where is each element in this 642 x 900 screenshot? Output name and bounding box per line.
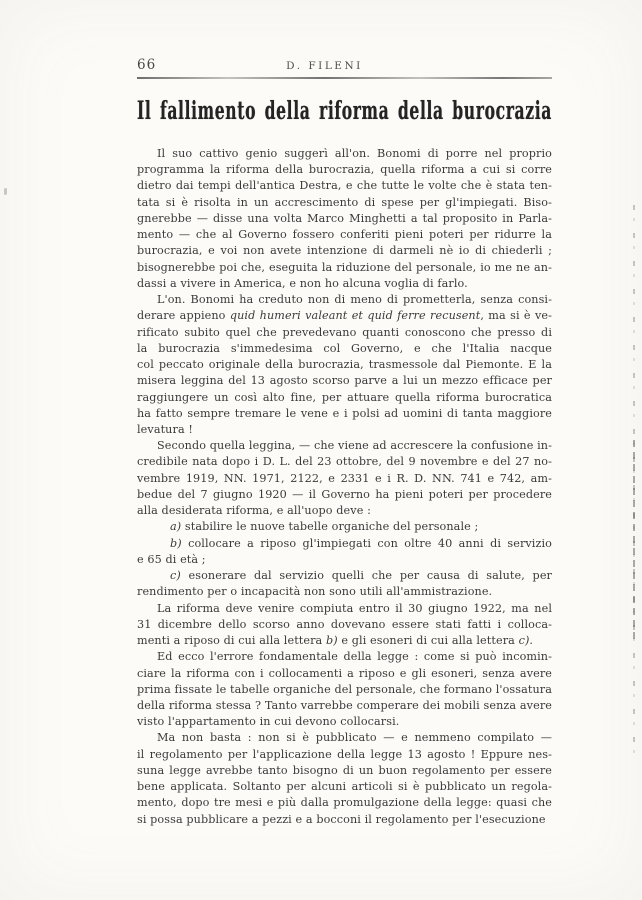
text-line: prima fissate le tabelle organiche del p… xyxy=(137,682,552,698)
running-head: D. FILENI xyxy=(137,60,512,72)
text-line: bedue del 7 giugno 1920 — il Governo ha … xyxy=(137,487,552,503)
text-line: si possa pubblicare a pezzi e a bocconi … xyxy=(137,812,552,828)
text-line: dassi a vivere in America, e non ho alcu… xyxy=(137,276,552,292)
article-title: Il fallimento della riforma della burocr… xyxy=(137,96,552,125)
text-line: levatura ! xyxy=(137,422,552,438)
text-line: tata si è risolta in un accrescimento di… xyxy=(137,195,552,211)
text-line: mento, dopo tre mesi e più dalla promulg… xyxy=(137,795,552,811)
text-line: gnerebbe — disse una volta Marco Minghet… xyxy=(137,211,552,227)
text-line: Secondo quella leggina, — che viene ad a… xyxy=(137,438,552,454)
text-line: alla desiderata riforma, e all'uopo deve… xyxy=(137,503,552,519)
text-line: ciare la riforma con i collocamenti a ri… xyxy=(137,666,552,682)
text-line: derare appieno quid humeri valeant et qu… xyxy=(137,308,552,324)
scan-artifact-ink-speck xyxy=(4,188,7,195)
text-line: raggiungere un così alto fine, per attua… xyxy=(137,390,552,406)
text-line: programma la riforma della burocrazia, q… xyxy=(137,162,552,178)
text-line: ha fatto sempre tremare le vene e i pols… xyxy=(137,406,552,422)
text-line: La riforma deve venire compiuta entro il… xyxy=(137,601,552,617)
text-line: della riforma stessa ? Tanto varrebbe co… xyxy=(137,698,552,714)
text-line: a) stabilire le nuove tabelle organiche … xyxy=(137,519,552,535)
text-line: Ma non basta : non si è pubblicato — e n… xyxy=(137,730,552,746)
text-line: vembre 1919, NN. 1971, 2122, e 2331 e i … xyxy=(137,471,552,487)
text-line: rendimento per o incapacità non sono uti… xyxy=(137,584,552,600)
text-line: misera leggina del 13 agosto scorso parv… xyxy=(137,373,552,389)
page-header: 66 D. FILENI xyxy=(137,55,552,75)
text-line: bene applicata. Soltanto per alcuni arti… xyxy=(137,779,552,795)
text-line: c) esonerare dal servizio quelli che per… xyxy=(137,568,552,584)
scan-artifact-right-margin-dark xyxy=(633,440,635,640)
text-line: bisognerebbe poi che, eseguita la riduzi… xyxy=(137,260,552,276)
text-line: col peccato originale della burocrazia, … xyxy=(137,357,552,373)
text-line: il regolamento per l'applicazione della … xyxy=(137,747,552,763)
text-column: 66 D. FILENI Il fallimento della riforma… xyxy=(137,0,552,900)
text-line: suna legge avrebbe tanto bisogno di un b… xyxy=(137,763,552,779)
header-rule xyxy=(137,77,552,79)
text-line: visto l'appartamento in cui devono collo… xyxy=(137,714,552,730)
text-line: dietro dai tempi dell'antica Destra, e c… xyxy=(137,178,552,194)
text-line: menti a riposo di cui alla lettera b) e … xyxy=(137,633,552,649)
text-line: L'on. Bonomi ha creduto non di meno di p… xyxy=(137,292,552,308)
text-line: Ed ecco l'errore fondamentale della legg… xyxy=(137,649,552,665)
text-line: b) collocare a riposo gl'impiegati con o… xyxy=(137,536,552,552)
text-line: rificato subito quel che prevedevano qua… xyxy=(137,325,552,341)
scanned-book-page: 66 D. FILENI Il fallimento della riforma… xyxy=(0,0,642,900)
text-line: credibile nata dopo i D. L. del 23 ottob… xyxy=(137,454,552,470)
page-body-text: Il suo cattivo genio suggerì all'on. Bon… xyxy=(137,146,552,828)
text-line: e 65 di età ; xyxy=(137,552,552,568)
text-line: Il suo cattivo genio suggerì all'on. Bon… xyxy=(137,146,552,162)
text-line: mento — che al Governo fossero conferiti… xyxy=(137,227,552,243)
text-line: la burocrazia s'immedesima col Governo, … xyxy=(137,341,552,357)
text-line: 31 dicembre dello scorso anno dovevano e… xyxy=(137,617,552,633)
text-line: burocrazia, e voi non avete intenzione d… xyxy=(137,243,552,259)
